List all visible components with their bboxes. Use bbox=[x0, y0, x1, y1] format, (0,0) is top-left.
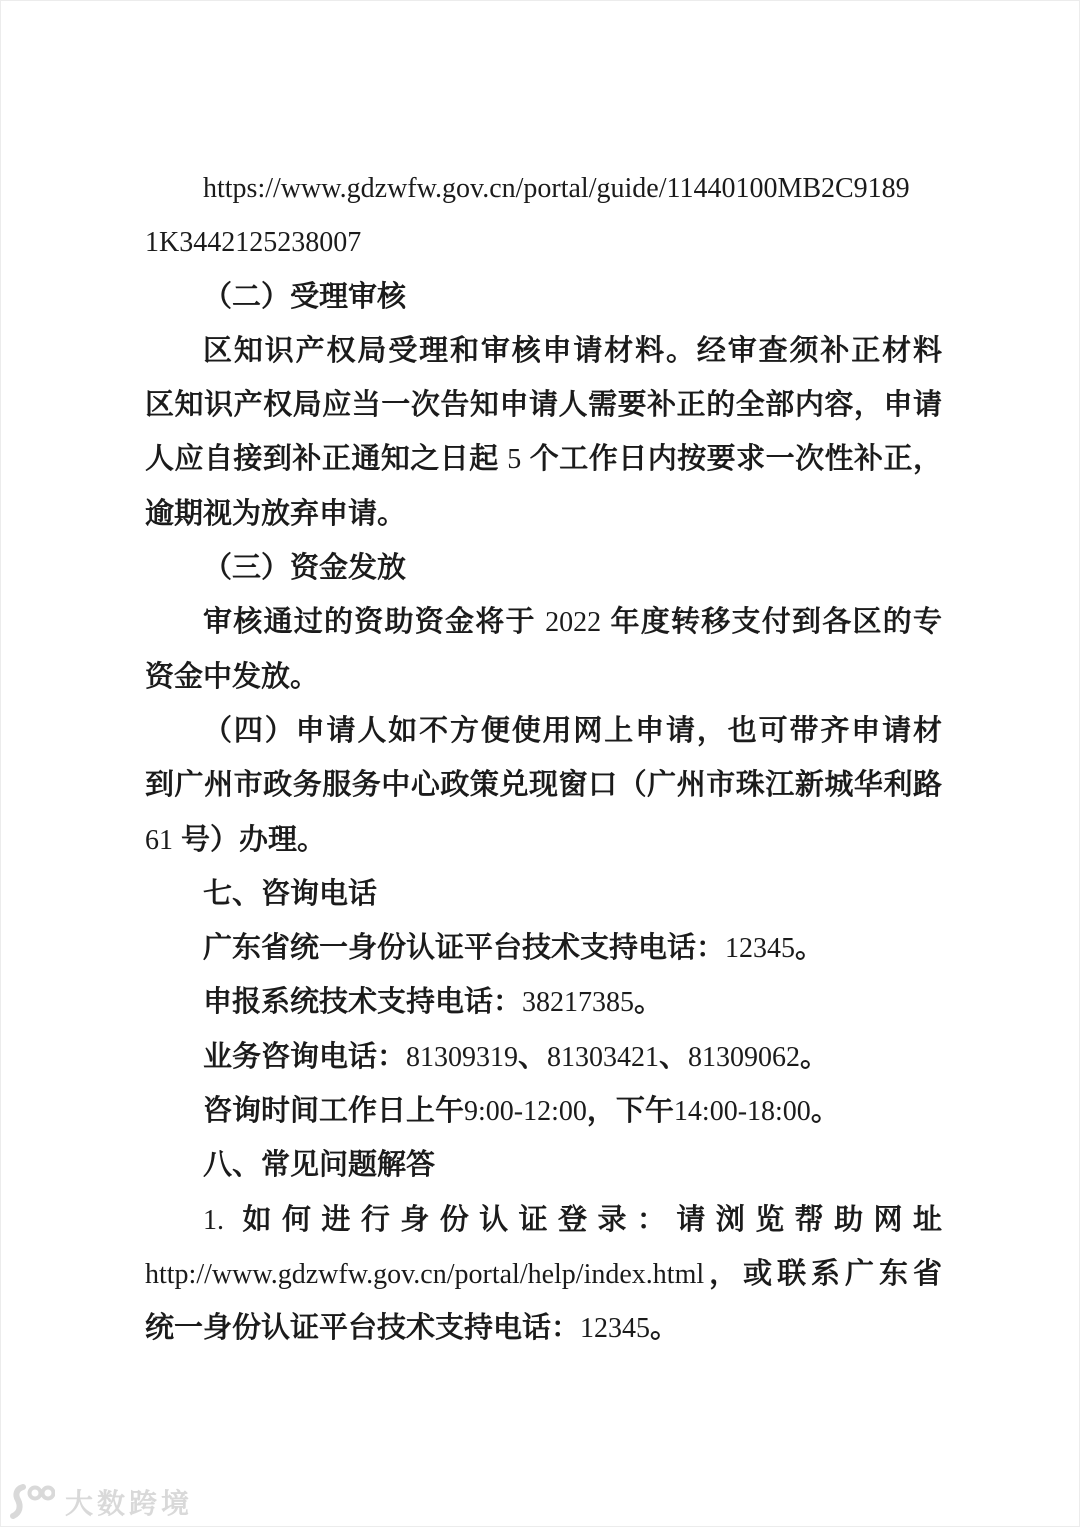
watermark: 大数跨境 bbox=[9, 1482, 193, 1522]
text-line: 区知识产权局应当一次告知申请人需要补正的全部内容，申请 bbox=[145, 378, 942, 432]
text-line: 1. 如何进行身份认证登录：请浏览帮助网址 bbox=[145, 1193, 942, 1247]
text-line: 咨询时间工作日上午9:00-12:00，下午14:00-18:00。 bbox=[145, 1084, 942, 1138]
text-line: 区知识产权局受理和审核申请材料。经审查须补正材料的， bbox=[145, 324, 942, 378]
text-line: http://www.gdzwfw.gov.cn/portal/help/ind… bbox=[145, 1247, 942, 1301]
watermark-100-logo-icon bbox=[9, 1483, 55, 1521]
text-line: 人应自接到补正通知之日起 5 个工作日内按要求一次性补正， bbox=[145, 432, 942, 486]
text-line: 61 号）办理。 bbox=[145, 813, 942, 867]
text-line: 七、咨询电话 bbox=[145, 867, 942, 921]
text-line: https://www.gdzwfw.gov.cn/portal/guide/1… bbox=[145, 161, 942, 215]
text-line: 申报系统技术支持电话：38217385。 bbox=[145, 975, 942, 1029]
text-line: （二）受理审核 bbox=[145, 270, 942, 324]
text-line: （三）资金发放 bbox=[145, 541, 942, 595]
text-line: 八、常见问题解答 bbox=[145, 1138, 942, 1192]
text-line: 资金中发放。 bbox=[145, 650, 942, 704]
document-page: https://www.gdzwfw.gov.cn/portal/guide/1… bbox=[0, 0, 1080, 1527]
text-line: （四）申请人如不方便使用网上申请，也可带齐申请材料， bbox=[145, 704, 942, 758]
document-text-block: https://www.gdzwfw.gov.cn/portal/guide/1… bbox=[145, 161, 942, 1356]
text-line: 逾期视为放弃申请。 bbox=[145, 487, 942, 541]
watermark-label: 大数跨境 bbox=[65, 1482, 193, 1522]
text-line: 到广州市政务服务中心政策兑现窗口（广州市珠江新城华利路 bbox=[145, 758, 942, 812]
text-line: 业务咨询电话：81309319、81303421、81309062。 bbox=[145, 1030, 942, 1084]
text-line: 广东省统一身份认证平台技术支持电话：12345。 bbox=[145, 921, 942, 975]
text-line: 统一身份认证平台技术支持电话：12345。 bbox=[145, 1301, 942, 1355]
text-line: 1K3442125238007 bbox=[145, 215, 942, 269]
text-line: 审核通过的资助资金将于 2022 年度转移支付到各区的专项 bbox=[145, 595, 942, 649]
